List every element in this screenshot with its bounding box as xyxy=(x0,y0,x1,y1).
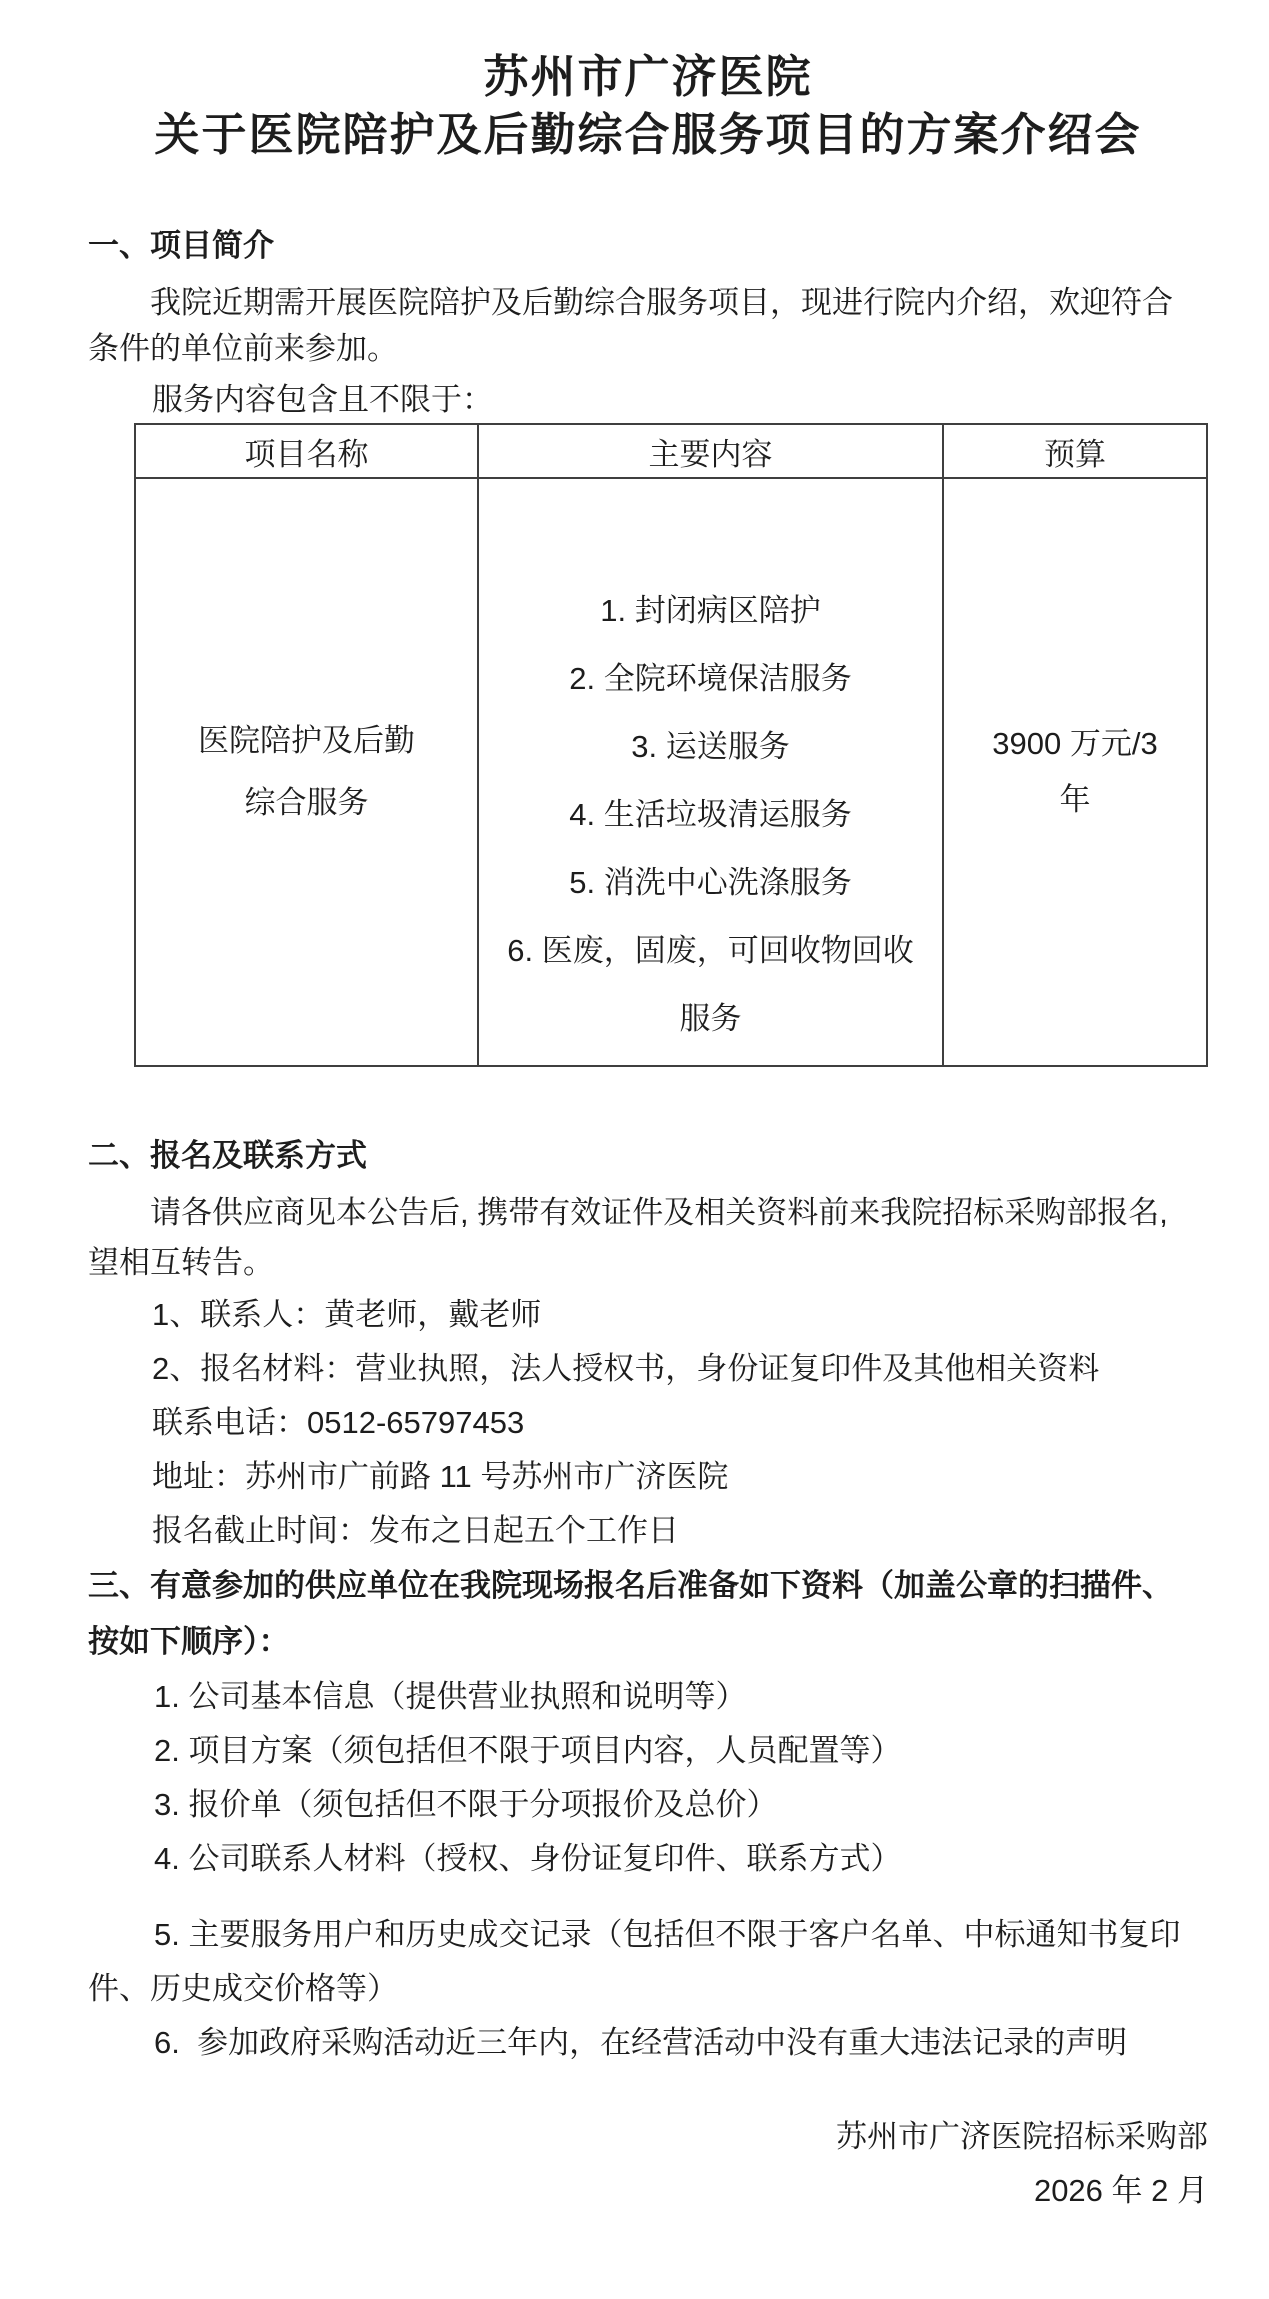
section3-heading: 三、有意参加的供应单位在我院现场报名后准备如下资料（加盖公章的扫描件、 按如下顺… xyxy=(88,1558,1208,1670)
section1-paragraph-line2: 条件的单位前来参加。 xyxy=(88,326,1208,372)
section1-paragraph: 我院近期需开展医院陪护及后勤综合服务项目，现进行院内介绍，欢迎符合 条件的单位前… xyxy=(88,280,1208,372)
section3-list-item: 3. 报价单（须包括但不限于分项报价及总价） xyxy=(154,1778,1208,1832)
signature-block: 苏州市广济医院招标采购部 2026 年 2 月 xyxy=(88,2110,1208,2218)
contact-list-item: 1、联系人：黄老师，戴老师 xyxy=(152,1288,1208,1342)
table-body-row: 医院陪护及后勤综合服务 1. 封闭病区陪护2. 全院环境保洁服务3. 运送服务4… xyxy=(136,479,1206,1065)
section3-item5-line1: 5. 主要服务用户和历史成交记录（包括但不限于客户名单、中标通知书复印 xyxy=(88,1908,1208,1962)
main-content-line: 3. 运送服务 xyxy=(479,713,942,781)
project-name-line: 综合服务 xyxy=(136,772,477,834)
main-content-line: 4. 生活垃圾清运服务 xyxy=(479,781,942,849)
section3-heading-line2: 按如下顺序）： xyxy=(88,1614,1208,1670)
main-content-line: 2. 全院环境保洁服务 xyxy=(479,645,942,713)
doc-title-line1: 苏州市广济医院 xyxy=(88,48,1208,106)
project-name-cell: 医院陪护及后勤综合服务 xyxy=(136,479,477,1065)
table-header-row: 项目名称主要内容预算 xyxy=(136,425,1206,479)
contact-list-item: 地址：苏州市广前路 11 号苏州市广济医院 xyxy=(152,1450,1208,1504)
blank-line xyxy=(88,1886,1208,1908)
section2-paragraph-line2: 望相互转告。 xyxy=(88,1238,1208,1288)
budget-cell: 3900 万元/3年 xyxy=(942,479,1206,1065)
section3-item5-line2: 件、历史成交价格等） xyxy=(88,1962,1208,2016)
main-content-line: 5. 消洗中心洗涤服务 xyxy=(479,849,942,917)
document-page: 苏州市广济医院 关于医院陪护及后勤综合服务项目的方案介绍会 一、项目简介 我院近… xyxy=(0,0,1269,2299)
footer-department: 苏州市广济医院招标采购部 xyxy=(88,2110,1208,2164)
contact-list: 1、联系人：黄老师，戴老师2、报名材料：营业执照，法人授权书，身份证复印件及其他… xyxy=(88,1288,1208,1558)
section2-paragraph: 请各供应商见本公告后, 携带有效证件及相关资料前来我院招标采购部报名, 望相互转… xyxy=(88,1188,1208,1288)
section2-heading: 二、报名及联系方式 xyxy=(88,1134,1208,1178)
section3-list-item: 2. 项目方案（须包括但不限于项目内容，人员配置等） xyxy=(154,1724,1208,1778)
section3-item6: 6. 参加政府采购活动近三年内，在经营活动中没有重大违法记录的声明 xyxy=(88,2016,1208,2070)
table-intro: 服务内容包含且不限于： xyxy=(88,378,1208,422)
footer-date: 2026 年 2 月 xyxy=(88,2164,1208,2218)
doc-title-line2: 关于医院陪护及后勤综合服务项目的方案介绍会 xyxy=(88,106,1208,164)
section1-heading: 一、项目简介 xyxy=(88,224,1208,268)
contact-list-item: 报名截止时间：发布之日起五个工作日 xyxy=(152,1504,1208,1558)
main-content-line: 6. 医废，固废，可回收物回收 xyxy=(479,917,942,985)
section3-heading-line1: 三、有意参加的供应单位在我院现场报名后准备如下资料（加盖公章的扫描件、 xyxy=(88,1558,1208,1614)
section3-tail-items: 5. 主要服务用户和历史成交记录（包括但不限于客户名单、中标通知书复印 件、历史… xyxy=(88,1908,1208,2070)
budget-line: 3900 万元/3 xyxy=(944,716,1206,772)
main-content-line: 服务 xyxy=(479,985,942,1053)
main-content-cell: 1. 封闭病区陪护2. 全院环境保洁服务3. 运送服务4. 生活垃圾清运服务5.… xyxy=(477,479,942,1065)
contact-list-item: 2、报名材料：营业执照，法人授权书，身份证复印件及其他相关资料 xyxy=(152,1342,1208,1396)
section2-paragraph-line1: 请各供应商见本公告后, 携带有效证件及相关资料前来我院招标采购部报名, xyxy=(88,1188,1208,1238)
section3-list-item: 1. 公司基本信息（提供营业执照和说明等） xyxy=(154,1670,1208,1724)
project-name-line: 医院陪护及后勤 xyxy=(136,710,477,772)
section3-list-item: 4. 公司联系人材料（授权、身份证复印件、联系方式） xyxy=(154,1832,1208,1886)
table-header-cell: 预算 xyxy=(942,425,1206,477)
table-header-cell: 主要内容 xyxy=(477,425,942,477)
section3-list: 1. 公司基本信息（提供营业执照和说明等）2. 项目方案（须包括但不限于项目内容… xyxy=(88,1670,1208,1886)
table-header-cell: 项目名称 xyxy=(136,425,477,477)
main-content-line: 1. 封闭病区陪护 xyxy=(479,577,942,645)
service-table: 项目名称主要内容预算 医院陪护及后勤综合服务 1. 封闭病区陪护2. 全院环境保… xyxy=(134,423,1208,1067)
contact-list-item: 联系电话：0512-65797453 xyxy=(152,1396,1208,1450)
budget-line: 年 xyxy=(944,772,1206,828)
section1-paragraph-line1: 我院近期需开展医院陪护及后勤综合服务项目，现进行院内介绍，欢迎符合 xyxy=(88,280,1208,326)
doc-title: 苏州市广济医院 关于医院陪护及后勤综合服务项目的方案介绍会 xyxy=(88,48,1208,164)
